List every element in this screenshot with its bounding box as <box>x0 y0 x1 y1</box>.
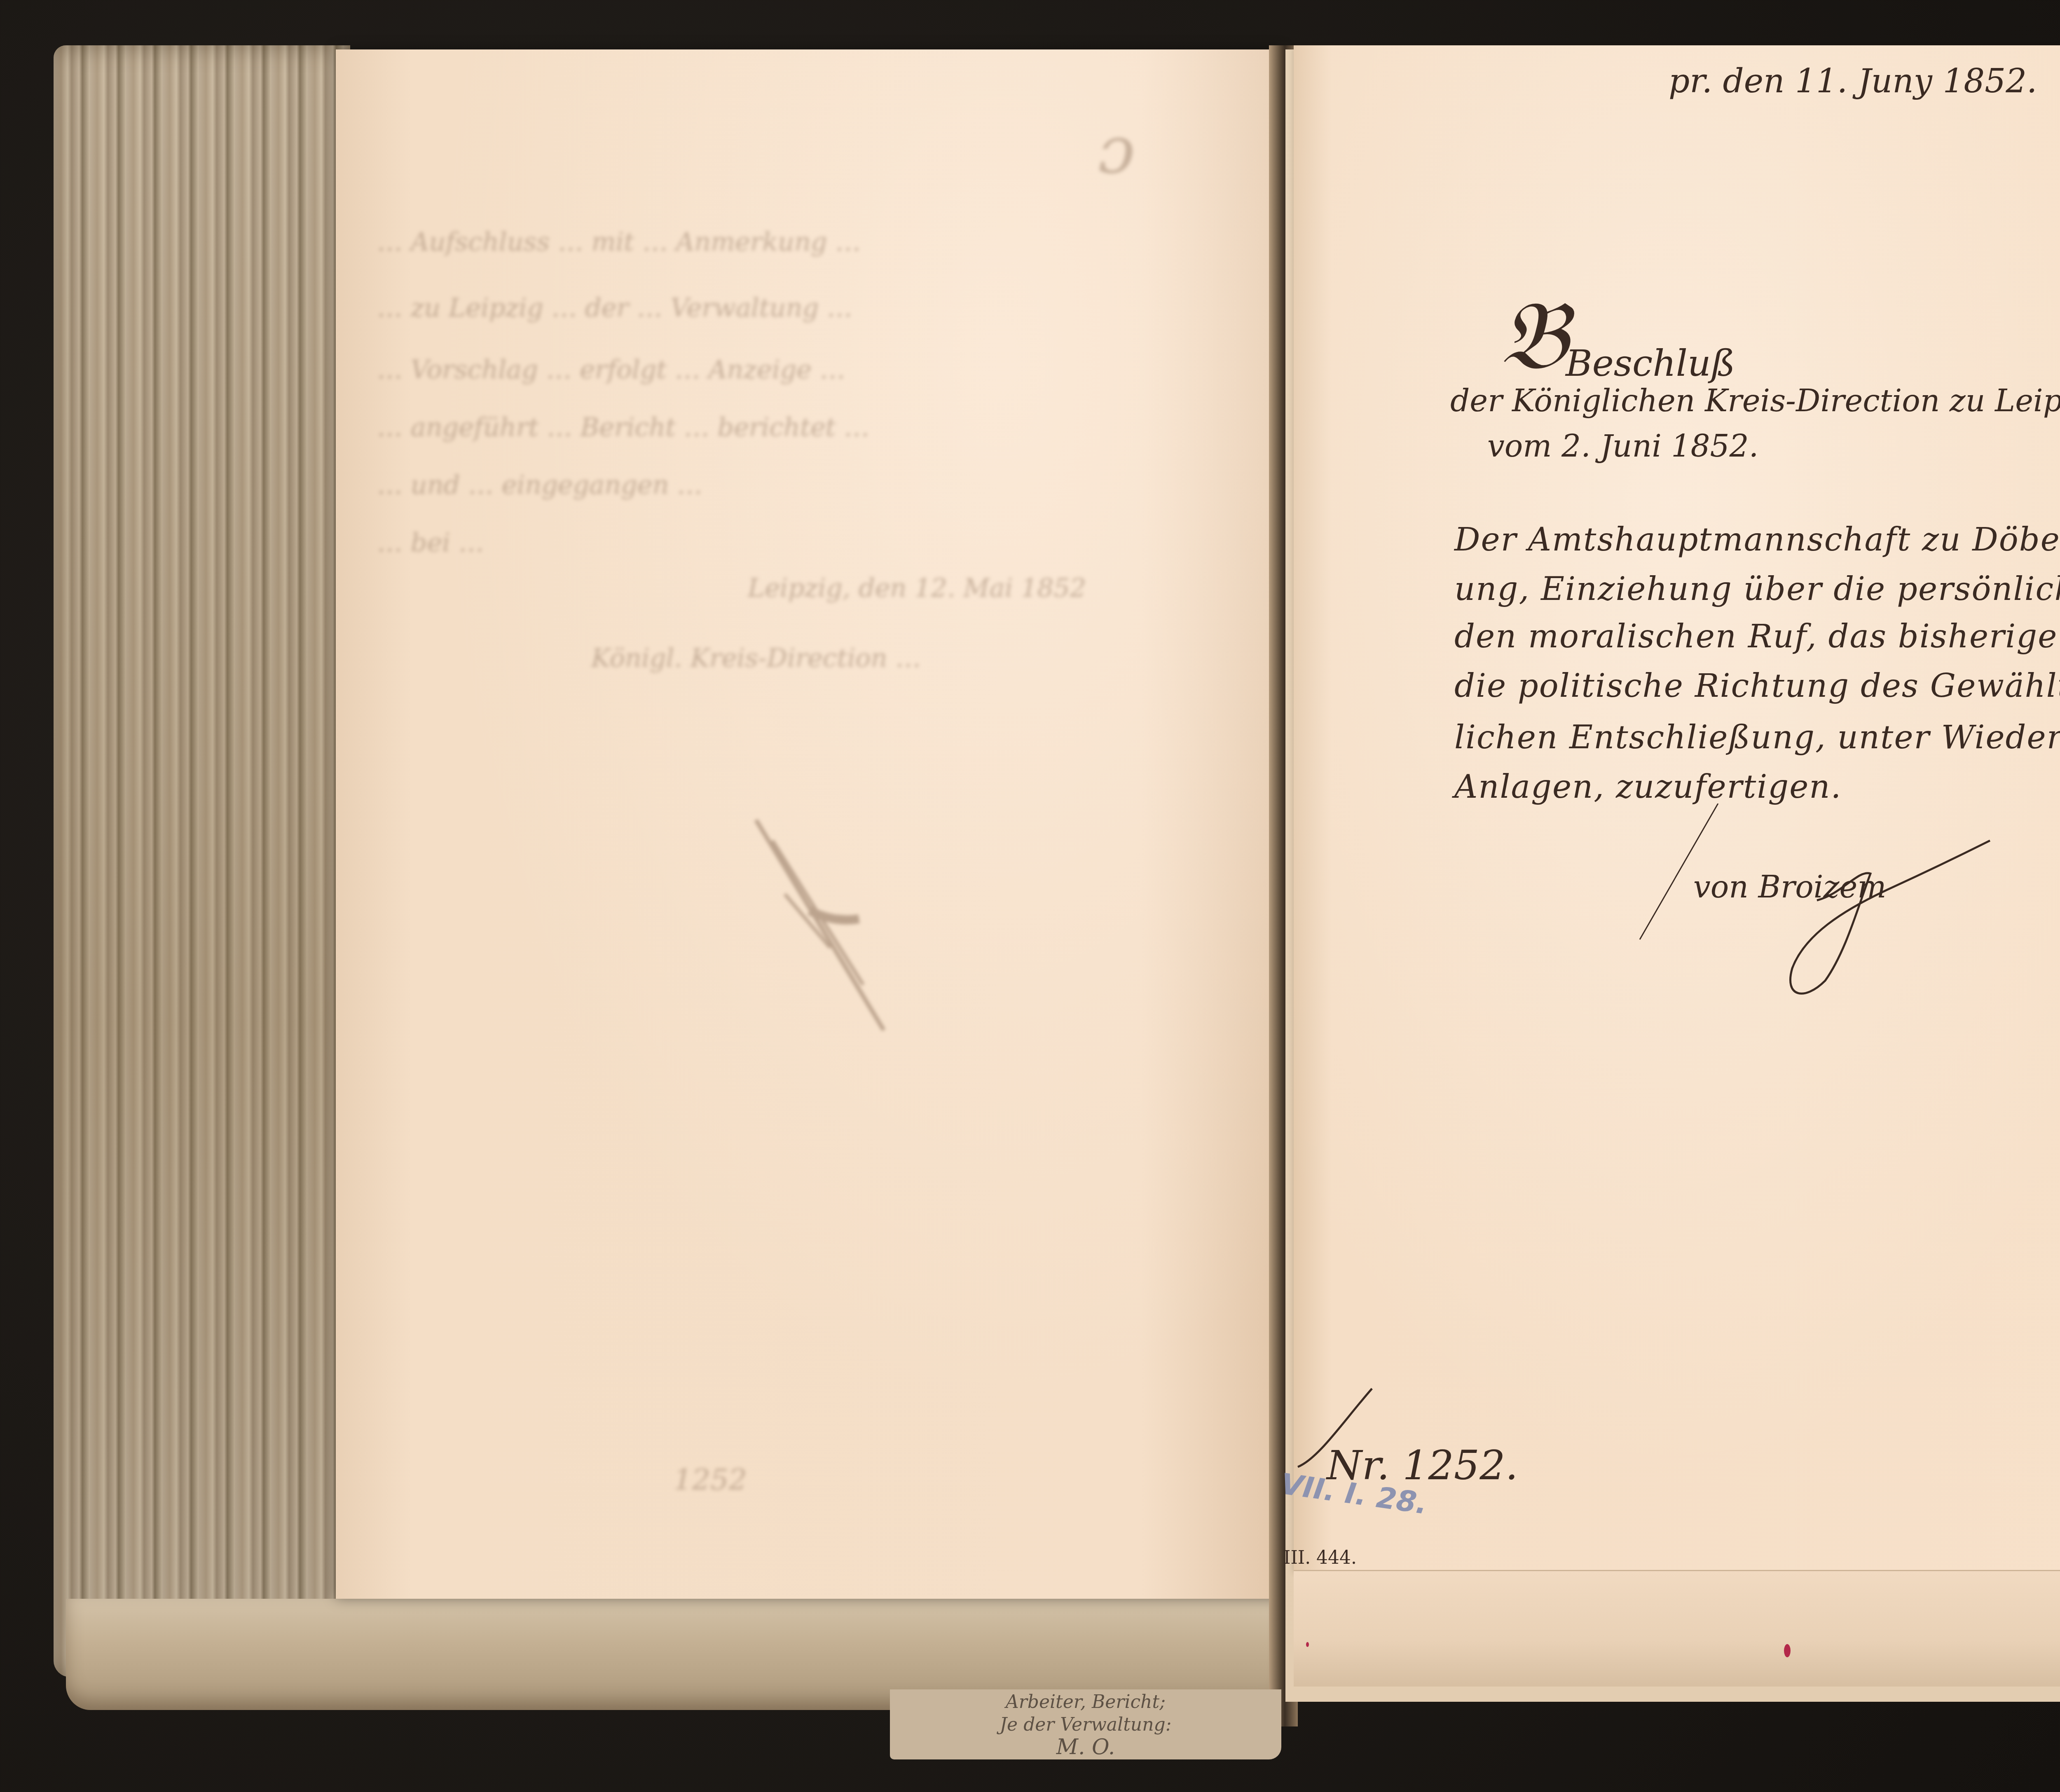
slip-line: M. O. <box>890 1735 1281 1759</box>
right-page-lower-leaves <box>1294 1570 2060 1687</box>
document-title: Beschluß <box>1566 342 1735 384</box>
bleed-through-line: … und … eingegangen … <box>377 470 702 500</box>
body-line: lichen Entschließung, unter Wiedereinrei… <box>1454 719 2060 756</box>
signature-flourish-icon <box>1627 803 2060 1010</box>
slip-line: Je der Verwaltung: <box>890 1714 1281 1735</box>
slip-line: Arbeiter, Bericht; <box>890 1691 1281 1712</box>
title-initial: 𝔅 <box>1500 288 1568 383</box>
inserted-note-slip: Arbeiter, Bericht; Je der Verwaltung: M.… <box>890 1689 1281 1759</box>
body-line: die politische Richtung des Gewählten un… <box>1454 668 2060 705</box>
body-line: Anlagen, zuzufertigen. <box>1454 768 1842 806</box>
bleed-through-line: Leipzig, den 12. Mai 1852 <box>748 573 1086 603</box>
red-mark <box>1784 1644 1791 1657</box>
date-line: vom 2. Juni 1852. <box>1487 429 1758 464</box>
body-line: Der Amtshauptmannschaft zu Döbeln zur Er… <box>1454 521 2060 558</box>
receipt-note: pr. den 11. Juny 1852. <box>1669 62 2037 100</box>
issuer-line: der Königlichen Kreis-Direction zu Leipz… <box>1450 383 2060 419</box>
bleed-through-line: … zu Leipzig … der … Verwaltung … <box>377 293 852 323</box>
body-line: den moralischen Ruf, das bisherige Verha… <box>1454 618 2060 655</box>
bleed-through-number: 1252 <box>674 1463 747 1497</box>
bleed-through-letter: ɔ <box>1098 111 1135 188</box>
left-page: ɔ … Aufschluss … mit … Anmerkung … … zu … <box>336 49 1283 1599</box>
bleed-through-line: … bei … <box>377 527 484 558</box>
bleed-through-line: … Vorschlag … erfolgt … Anzeige … <box>377 354 845 384</box>
left-page-edges <box>54 45 350 1677</box>
red-mark <box>1306 1642 1309 1647</box>
signature: von Broizem <box>1693 869 1886 905</box>
bleed-through-line: Königl. Kreis-Direction … <box>591 643 921 673</box>
scanned-book-spread: ɔ … Aufschluss … mit … Anmerkung … … zu … <box>0 0 2060 1792</box>
archive-mark-ink: III. 444. <box>1283 1547 1357 1568</box>
bleed-through-line: … angeführt … Bericht … berichtet … <box>377 412 869 442</box>
bleed-through-line: … Aufschluss … mit … Anmerkung … <box>377 227 861 257</box>
body-line: ung, Einziehung über die persönlichen Ve… <box>1454 571 2060 608</box>
bleed-through-signature <box>748 812 995 1038</box>
